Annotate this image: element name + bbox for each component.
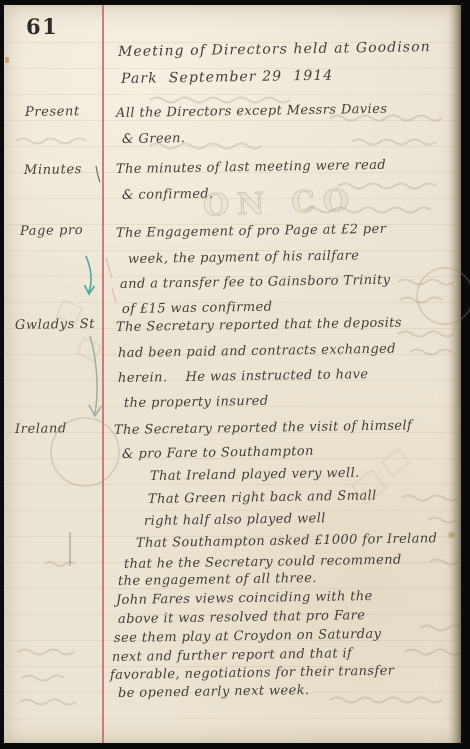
minute-line: & pro Fare to Southampton: [122, 444, 314, 463]
minute-line: right half also played well: [144, 511, 326, 530]
minute-line: of £15 was confirmed: [122, 300, 273, 318]
scanned-photo-frame: 61 ON CO Meeting of Directors held at Go…: [0, 0, 470, 749]
margin-heading-page-pro: Page pro: [20, 223, 83, 240]
margin-heading-gwladys-st: Gwladys St: [15, 317, 95, 334]
margin-heading-present: Present: [25, 104, 80, 121]
paper-edge-chip: [5, 57, 9, 63]
margin-heading-minutes: Minutes: [24, 162, 82, 179]
minute-line: be opened early next week.: [118, 683, 310, 702]
minute-line: & Green.: [122, 131, 186, 148]
meeting-title-line: Park September 29 1914: [121, 68, 334, 87]
minute-line: the engagement of all three.: [118, 571, 317, 590]
red-margin-rule: [102, 5, 104, 743]
minute-line: the property insured: [124, 394, 269, 412]
minute-line: & confirmed.: [122, 187, 214, 204]
minute-line: That Ireland played very well.: [150, 466, 360, 485]
margin-heading-ireland: Ireland: [15, 421, 67, 438]
page-edge-shadow: [448, 5, 461, 743]
page-number: 61: [26, 14, 58, 39]
